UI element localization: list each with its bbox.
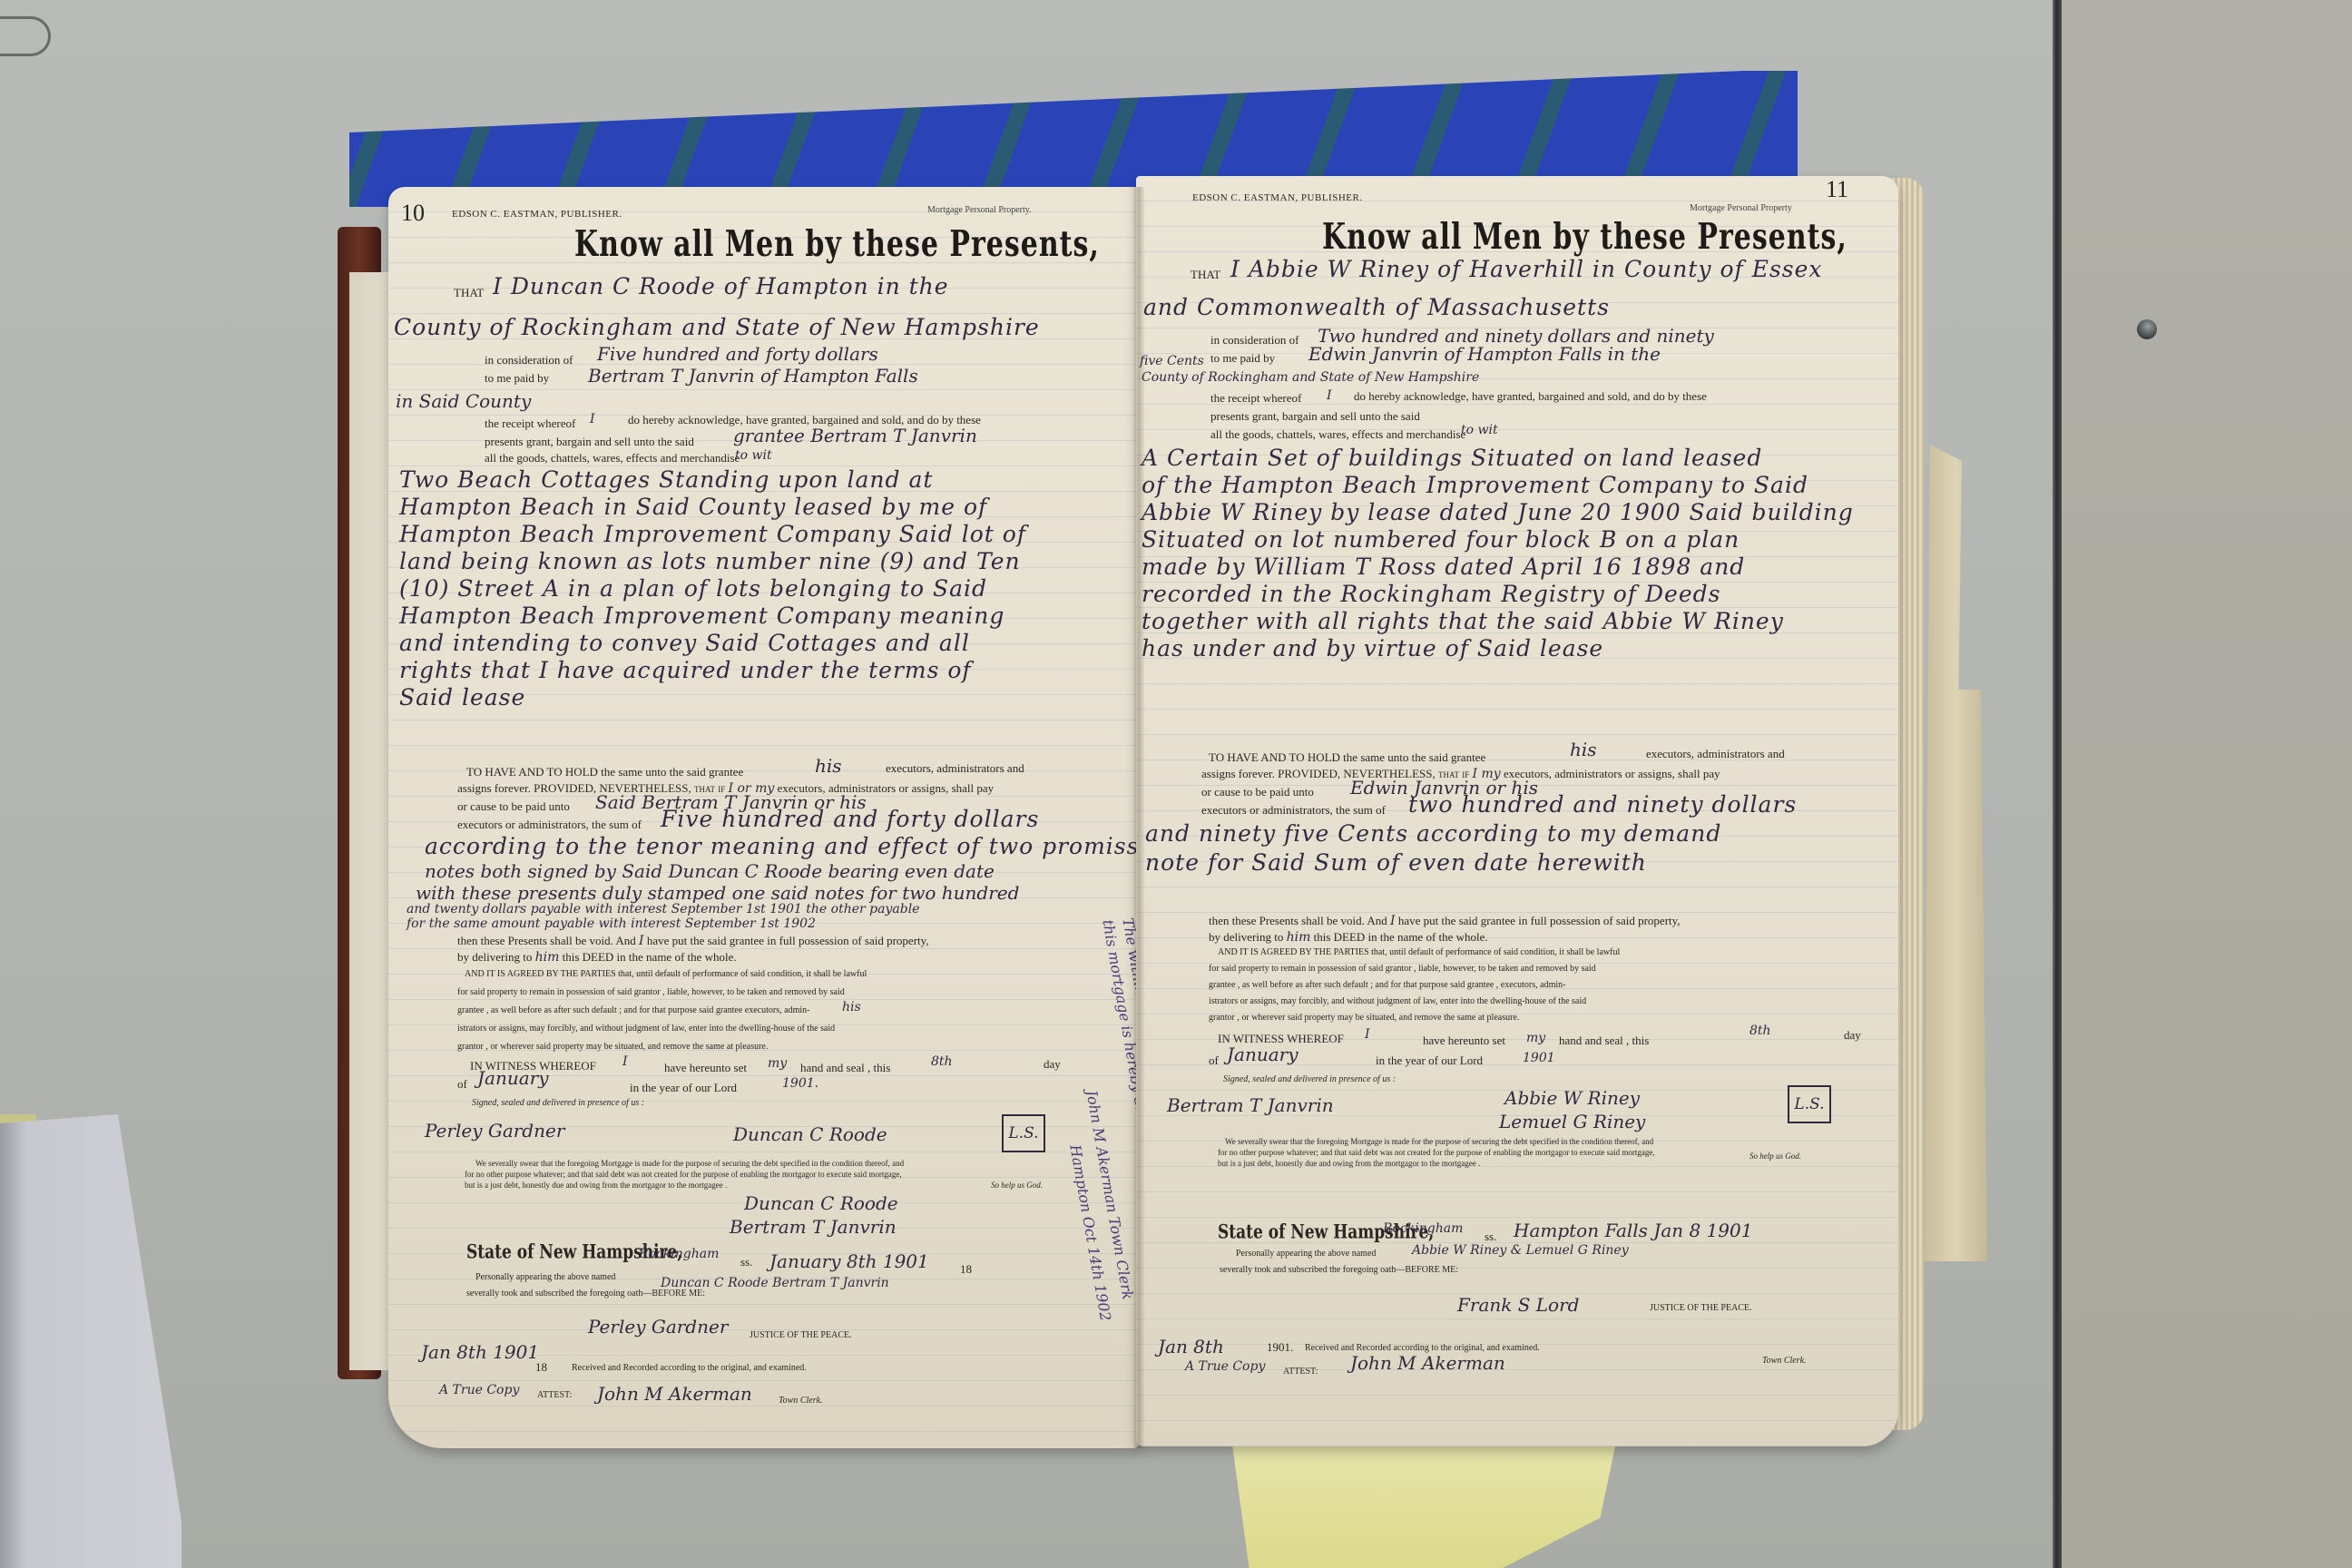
oath-line: for no other purpose whatever; and that …: [1218, 1147, 1655, 1158]
left-page: 10 EDSON C. EASTMAN, PUBLISHER. Mortgage…: [388, 187, 1142, 1448]
grantee-value: grantee Bertram T Janvrin: [733, 425, 977, 446]
description-line: Two Beach Cottages Standing upon land at: [399, 466, 933, 493]
oath-line: for no other purpose whatever; and that …: [465, 1169, 902, 1180]
hand-seal-text: have hereunto set: [1423, 1033, 1505, 1048]
paid-unto-label: or cause to be paid unto: [457, 799, 570, 814]
condition-line: and ninety five Cents according to my de…: [1145, 820, 1721, 847]
grantor-line-1: I Duncan C Roode of Hampton in the: [493, 273, 949, 299]
oath-line: but is a just debt, honestly due and owi…: [465, 1180, 727, 1191]
description-line: and intending to convey Said Cottages an…: [399, 630, 970, 656]
oath-date: January 8th 1901: [769, 1250, 929, 1272]
condition-line: for the same amount payable with interes…: [407, 916, 816, 931]
recorded-year-prefix: 18: [535, 1359, 547, 1375]
condition-line: and twenty dollars payable with interest…: [407, 902, 919, 916]
receipt-label: the receipt whereof: [1210, 390, 1301, 406]
paid-unto-label: or cause to be paid unto: [1201, 784, 1314, 799]
justice-label: JUSTICE OF THE PEACE.: [750, 1330, 852, 1341]
county-value: Rockingham: [1383, 1221, 1463, 1236]
habendum-text: TO HAVE AND TO HOLD the same unto the sa…: [466, 764, 743, 779]
form-type: Mortgage Personal Property: [1690, 203, 1792, 213]
signed-label: Signed, sealed and delivered in presence…: [1223, 1074, 1396, 1085]
recorded-text: Received and Recorded according to the o…: [572, 1363, 807, 1374]
presents-text: presents grant, bargain and sell unto th…: [485, 434, 694, 449]
description-line: has under and by virtue of Said lease: [1142, 635, 1603, 661]
true-copy: A True Copy: [1185, 1359, 1265, 1374]
seal-box: L.S.: [1002, 1114, 1045, 1152]
witness-pronoun: I: [622, 1054, 628, 1069]
right-page: EDSON C. EASTMAN, PUBLISHER. 11 Mortgage…: [1136, 176, 1898, 1446]
witness-signature: Perley Gardner: [425, 1120, 564, 1142]
paid-by-value: Bertram T Janvrin of Hampton Falls: [588, 365, 918, 387]
book-gutter: [1132, 187, 1145, 1448]
county-line: County of Rockingham and State of New Ha…: [1142, 370, 1479, 385]
recorded-date: Jan 8th 1901: [421, 1341, 539, 1363]
agreed-pronoun: his: [842, 1000, 861, 1014]
agreed-line: istrators or assigns, may forcibly, and …: [1209, 996, 1586, 1007]
grantor-line-2: and Commonwealth of Massachusetts: [1143, 294, 1610, 320]
receipt-text: do hereby acknowledge, have granted, bar…: [1354, 388, 1707, 404]
witness-signature: Bertram T Janvrin: [1167, 1094, 1334, 1116]
torn-inserts: [1924, 445, 1987, 1261]
of-label: of: [457, 1076, 467, 1092]
habendum-text: TO HAVE AND TO HOLD the same unto the sa…: [1209, 750, 1485, 765]
justice-signature: Perley Gardner: [588, 1316, 728, 1338]
oath-signature: Bertram T Janvrin: [730, 1216, 897, 1238]
condition-line: notes both signed by Said Duncan C Roode…: [425, 860, 995, 882]
agreed-line: for said property to remain in possessio…: [1209, 964, 1596, 975]
description-line: Abbie W Riney by lease dated June 20 190…: [1142, 499, 1854, 525]
day-label: day: [1844, 1027, 1861, 1043]
day-label: day: [1044, 1056, 1061, 1072]
paid-by-label: to me paid by: [485, 370, 549, 386]
sum-label: executors or administrators, the sum of: [1201, 802, 1386, 818]
to-wit: to wit: [1461, 423, 1498, 437]
clerk-label: Town Clerk.: [1762, 1356, 1807, 1367]
subscribed-text: severally took and subscribed the forego…: [1220, 1265, 1458, 1276]
agreed-line: AND IT IS AGREED BY THE PARTIES that, un…: [1218, 947, 1620, 958]
page-heading: Know all Men by these Presents,: [574, 224, 1100, 266]
county-value: Rockingham: [639, 1247, 719, 1261]
habendum-tail: executors, administrators and: [886, 760, 1024, 776]
grantor-signature: Lemuel G Riney: [1499, 1111, 1645, 1132]
recorded-date: Jan 8th: [1158, 1336, 1224, 1357]
consideration-value: Five hundred and forty dollars: [597, 343, 878, 365]
seal-box: L.S.: [1788, 1085, 1831, 1123]
oath-line: We severally swear that the foregoing Mo…: [1225, 1136, 1653, 1147]
sum-label: executors or administrators, the sum of: [457, 817, 642, 832]
description-line: of the Hampton Beach Improvement Company…: [1142, 472, 1808, 498]
delivering-text: by delivering to him this DEED in the na…: [1209, 929, 1488, 946]
so-help: So help us God.: [991, 1180, 1043, 1191]
signed-label: Signed, sealed and delivered in presence…: [472, 1098, 644, 1109]
appearing-text: Personally appearing the above named: [1236, 1249, 1376, 1259]
justice-signature: Frank S Lord: [1457, 1294, 1579, 1316]
that-label: THAT: [1191, 267, 1220, 282]
publisher: EDSON C. EASTMAN, PUBLISHER.: [452, 209, 622, 220]
grantor-signature: Duncan C Roode: [733, 1123, 887, 1145]
hand-seal-tail: hand and seal , this: [800, 1060, 890, 1075]
clerk-signature: John M Akerman: [1350, 1352, 1505, 1374]
county-line: in Said County: [396, 390, 531, 412]
cabinet-knob: [2137, 319, 2157, 339]
that-label: THAT: [454, 285, 484, 300]
consideration-label: in consideration of: [485, 352, 573, 367]
year-label: in the year of our Lord: [1376, 1053, 1483, 1068]
void-text: then these Presents shall be void. And I…: [457, 933, 929, 949]
of-label: of: [1209, 1053, 1219, 1068]
month-value: January: [477, 1067, 549, 1089]
void-text: then these Presents shall be void. And I…: [1209, 913, 1681, 929]
appearing-value: Abbie W Riney & Lemuel G Riney: [1412, 1243, 1629, 1258]
recorded-year: 1901.: [1267, 1339, 1293, 1355]
grantor-line-1: I Abbie W Riney of Haverhill in County o…: [1230, 256, 1823, 282]
sum-value: two hundred and ninety dollars: [1408, 791, 1797, 818]
goods-text: all the goods, chattels, wares, effects …: [485, 450, 740, 465]
condition-line: according to the tenor meaning and effec…: [425, 833, 1180, 859]
appearing-text: Personally appearing the above named: [475, 1272, 615, 1283]
condition-line: with these presents duly stamped one sai…: [416, 882, 1019, 904]
so-help: So help us God.: [1749, 1151, 1801, 1161]
description-line: land being known as lots number nine (9)…: [399, 548, 1021, 574]
consideration-label: in consideration of: [1210, 332, 1298, 348]
oath-signature: Duncan C Roode: [744, 1192, 898, 1214]
clerk-signature: John M Akerman: [597, 1383, 752, 1405]
oath-line: We severally swear that the foregoing Mo…: [475, 1158, 904, 1169]
ss-label: ss.: [1485, 1229, 1496, 1244]
paid-by-label: to me paid by: [1210, 350, 1275, 366]
description-line: A Certain Set of buildings Situated on l…: [1142, 445, 1762, 471]
condition-line: note for Said Sum of even date herewith: [1145, 849, 1647, 876]
page-heading: Know all Men by these Presents,: [1322, 217, 1847, 259]
hand-seal-tail: hand and seal , this: [1559, 1033, 1649, 1048]
paid-by-value: Edwin Janvrin of Hampton Falls in the: [1308, 343, 1661, 365]
description-line: Said lease: [399, 684, 525, 710]
year-prefix: 18: [960, 1261, 972, 1277]
description-line: Situated on lot numbered four block B on…: [1142, 526, 1739, 553]
habendum-pronoun: his: [815, 755, 842, 777]
description-line: recorded in the Rockingham Registry of D…: [1142, 581, 1720, 607]
page-number: 10: [401, 200, 425, 227]
to-wit: to wit: [735, 448, 772, 463]
year-value: 1901: [1523, 1051, 1555, 1065]
agreed-line: grantor , or wherever said property may …: [457, 1042, 768, 1053]
grantor-signature: Abbie W Riney: [1504, 1087, 1640, 1109]
description-line: rights that I have acquired under the te…: [399, 657, 972, 683]
cabinet-right-door: [2062, 0, 2352, 1568]
cabinet-door-gap: [2053, 0, 2062, 1568]
description-line: (10) Street A in a plan of lots belongin…: [399, 575, 987, 602]
receipt-pronoun: I: [1327, 388, 1332, 403]
grantor-line-2: County of Rockingham and State of New Ha…: [394, 314, 1040, 340]
agreed-line: istrators or assigns, may forcibly, and …: [457, 1024, 835, 1034]
description-line: Hampton Beach in Said County leased by m…: [399, 494, 987, 520]
publisher: EDSON C. EASTMAN, PUBLISHER.: [1192, 192, 1363, 203]
description-line: Hampton Beach Improvement Company meanin…: [399, 603, 1004, 629]
description-line: Hampton Beach Improvement Company Said l…: [399, 521, 1026, 547]
sum-value: Five hundred and forty dollars: [661, 806, 1039, 832]
delivering-text: by delivering to him this DEED in the na…: [457, 949, 737, 965]
oath-line: but is a just debt, honestly due and owi…: [1218, 1158, 1480, 1169]
form-type: Mortgage Personal Property.: [927, 205, 1032, 215]
agreed-line: grantee , as well before as after such d…: [457, 1005, 809, 1016]
year-label: in the year of our Lord: [630, 1080, 737, 1095]
white-card: [0, 1114, 181, 1568]
description-line: made by William T Ross dated April 16 18…: [1142, 554, 1745, 580]
clerk-label: Town Clerk.: [779, 1396, 823, 1406]
receipt-pronoun: I: [590, 412, 595, 426]
day-value: 8th: [1749, 1024, 1771, 1038]
receipt-label: the receipt whereof: [485, 416, 575, 431]
oath-place-date: Hampton Falls Jan 8 1901: [1514, 1220, 1752, 1241]
hand-seal-pronoun: my: [1526, 1031, 1545, 1045]
agreed-line: grantee , as well before as after such d…: [1209, 980, 1565, 991]
justice-label: JUSTICE OF THE PEACE.: [1650, 1303, 1752, 1314]
attest-label: ATTEST:: [537, 1390, 572, 1401]
month-value: January: [1227, 1044, 1298, 1065]
habendum-tail: executors, administrators and: [1646, 746, 1785, 761]
page-number: 11: [1826, 176, 1848, 203]
true-copy: A True Copy: [439, 1383, 519, 1397]
attest-label: ATTEST:: [1283, 1367, 1318, 1377]
agreed-line: grantor , or wherever said property may …: [1209, 1013, 1519, 1024]
binder-clip-icon: [0, 16, 51, 56]
agreed-line: AND IT IS AGREED BY THE PARTIES that, un…: [465, 969, 867, 980]
consideration-cont: five Cents: [1140, 354, 1204, 368]
year-value: 1901.: [782, 1076, 818, 1091]
ss-label: ss.: [740, 1254, 752, 1269]
presents-text: presents grant, bargain and sell unto th…: [1210, 408, 1420, 424]
day-value: 8th: [931, 1054, 953, 1069]
habendum-pronoun: his: [1570, 739, 1597, 760]
witness-pronoun: I: [1365, 1027, 1370, 1042]
goods-text: all the goods, chattels, wares, effects …: [1210, 426, 1465, 442]
description-line: together with all rights that the said A…: [1142, 608, 1784, 634]
hand-seal-pronoun: my: [768, 1056, 787, 1071]
agreed-line: for said property to remain in possessio…: [457, 987, 845, 998]
subscribed-text: severally took and subscribed the forego…: [466, 1289, 705, 1299]
hand-seal-text: have hereunto set: [664, 1060, 747, 1075]
